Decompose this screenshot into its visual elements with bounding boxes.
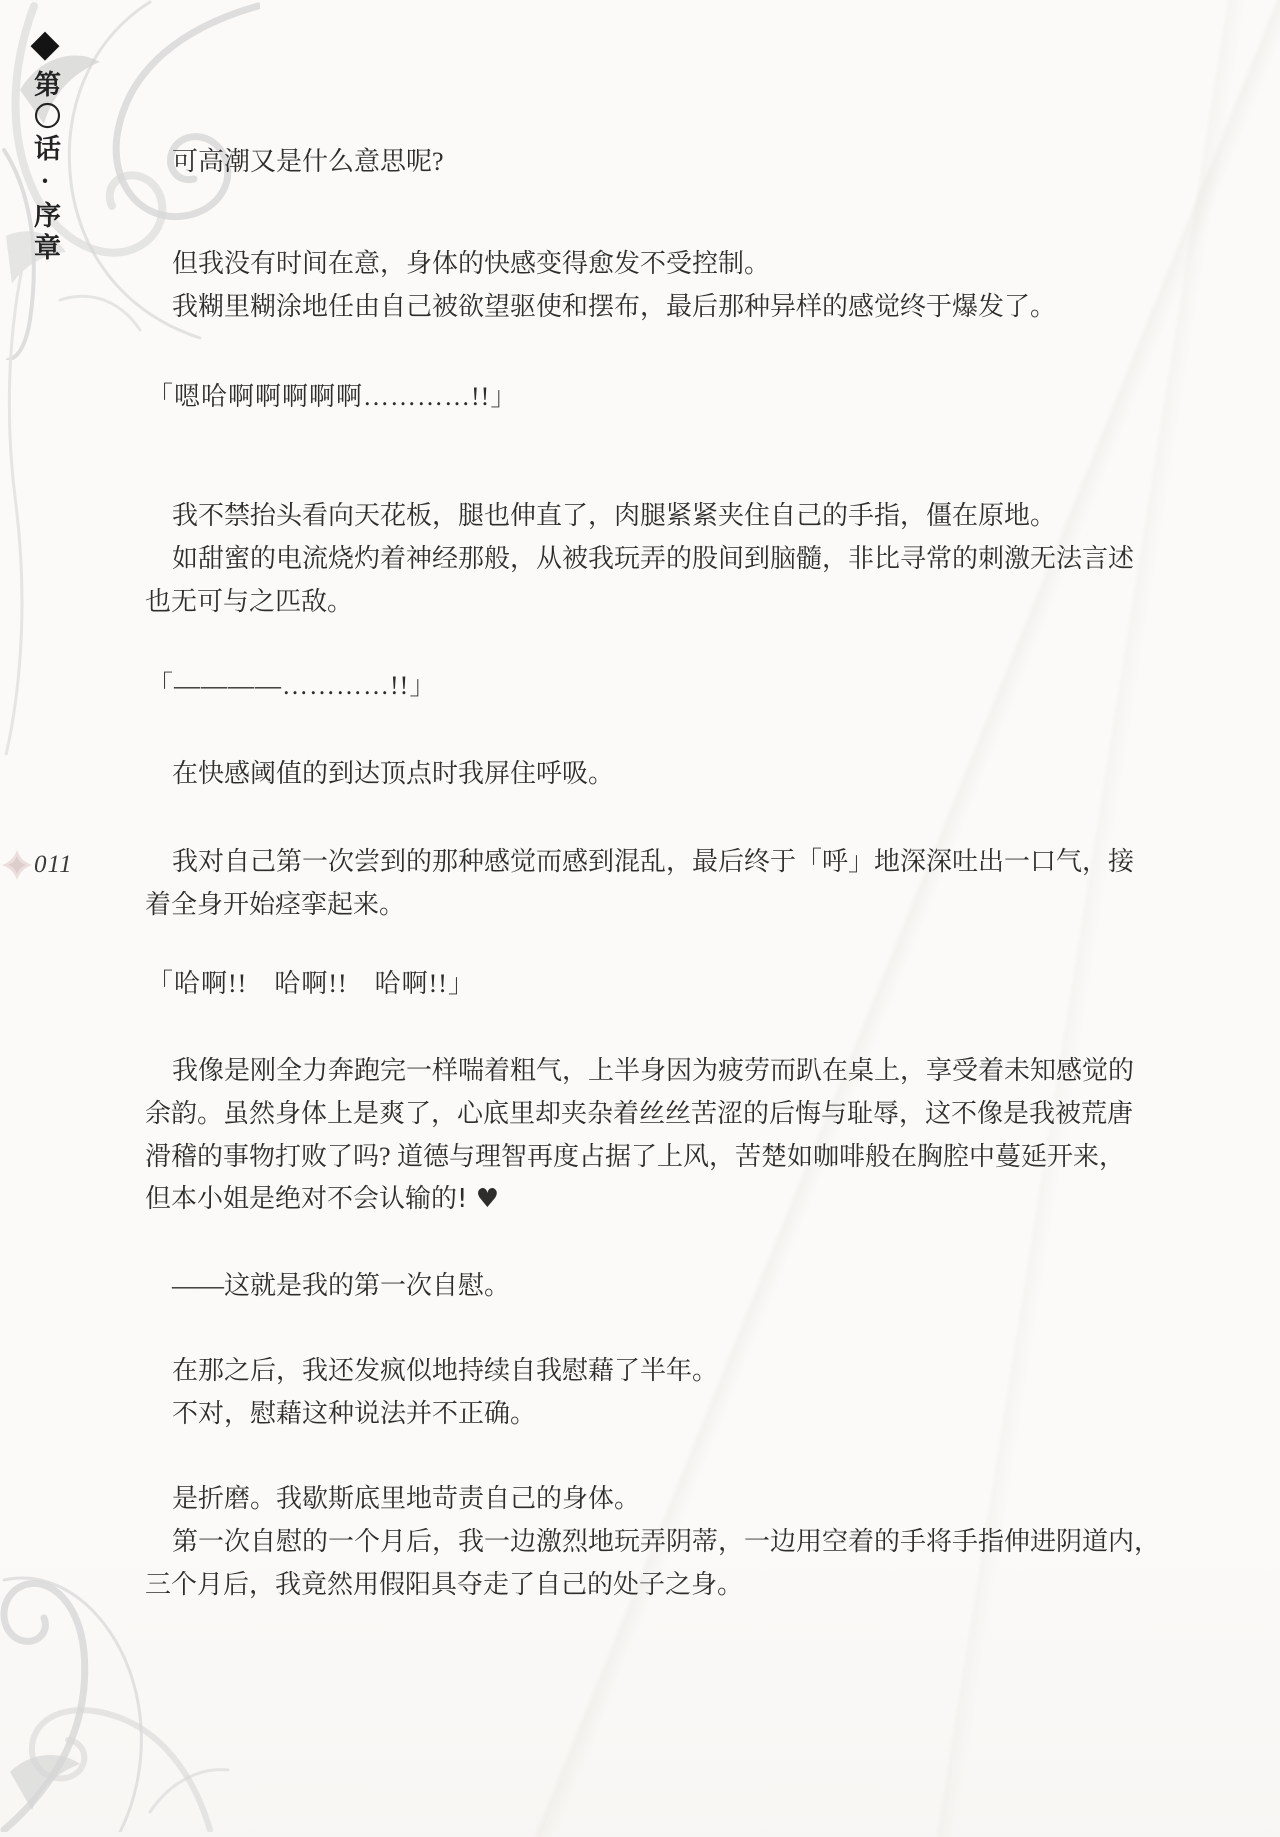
text-line: 着全身开始痉挛起来。 [145,883,1143,926]
paragraph: 在那之后，我还发疯似地持续自我慰藉了半年。 不对，慰藉这种说法并不正确。 [145,1349,1143,1435]
paragraph: 我不禁抬头看向天花板，腿也伸直了，肉腿紧紧夹住自己的手指，僵在原地。 如甜蜜的电… [145,494,1143,623]
page-number: 011 [34,851,73,879]
paragraph: 但我没有时间在意，身体的快感变得愈发不受控制。 我糊里糊涂地任由自己被欲望驱使和… [145,242,1143,328]
text-line: 第一次自慰的一个月后，我一边激烈地玩弄阴蒂，一边用空着的手将手指伸进阴道内， [145,1520,1143,1563]
text-line: 在那之后，我还发疯似地持续自我慰藉了半年。 [145,1349,1143,1392]
quote-paragraph: 「哈啊!! 哈啊!! 哈啊!!」 [145,962,1143,1005]
sparkle-ornament-icon [0,848,34,882]
text-line: 如甜蜜的电流烧灼着神经那般，从被我玩弄的股间到脑髓，非比寻常的刺激无法言述 [145,537,1143,580]
paragraph: ——这就是我的第一次自慰。 [145,1264,1143,1307]
text-line: 我对自己第一次尝到的那种感觉而感到混乱，最后终于「呼」地深深吐出一口气，接 [145,840,1143,883]
text-line: 在快感阈值的到达顶点时我屏住呼吸。 [145,752,1143,795]
text-line: 「嗯哈啊啊啊啊啊…………!!」 [145,375,1143,418]
text-line: 可高潮又是什么意思呢? [145,140,1143,183]
text-line: 是折磨。我歇斯底里地苛责自己的身体。 [145,1477,1143,1520]
text-line: 「哈啊!! 哈啊!! 哈啊!!」 [145,962,1143,1005]
chapter-title: 第〇话·序章 [22,70,68,265]
paragraph: 我像是刚全力奔跑完一样喘着粗气，上半身因为疲劳而趴在桌上，享受着未知感觉的 余韵… [145,1049,1143,1221]
chapter-marker: ◆ 第〇话·序章 [22,24,68,265]
text-line: ——这就是我的第一次自慰。 [145,1264,1143,1307]
quote-paragraph: 「嗯哈啊啊啊啊啊…………!!」 [145,375,1143,418]
paragraph: 我对自己第一次尝到的那种感觉而感到混乱，最后终于「呼」地深深吐出一口气，接 着全… [145,840,1143,926]
text-line: 余韵。虽然身体上是爽了，心底里却夹杂着丝丝苦涩的后悔与耻辱，这不像是我被荒唐 [145,1092,1143,1135]
text-line: 也无可与之匹敌。 [145,580,1143,623]
text-line: 滑稽的事物打败了吗? 道德与理智再度占据了上风，苦楚如咖啡般在胸腔中蔓延开来， [145,1135,1143,1178]
page-number-area: 011 [0,848,73,882]
page-text: 可高潮又是什么意思呢? 但我没有时间在意，身体的快感变得愈发不受控制。 我糊里糊… [145,140,1143,1606]
text-line: 三个月后，我竟然用假阳具夺走了自己的处子之身。 [145,1563,1143,1606]
paragraph: 是折磨。我歇斯底里地苛责自己的身体。 第一次自慰的一个月后，我一边激烈地玩弄阴蒂… [145,1477,1143,1606]
text-line: 「————…………!!」 [145,664,1143,707]
diamond-icon: ◆ [22,24,68,62]
text-line: 但我没有时间在意，身体的快感变得愈发不受控制。 [145,242,1143,285]
quote-paragraph: 「————…………!!」 [145,664,1143,707]
paragraph: 可高潮又是什么意思呢? [145,140,1143,183]
text-line: 我糊里糊涂地任由自己被欲望驱使和摆布，最后那种异样的感觉终于爆发了。 [145,285,1143,328]
edge-flourish-ornament [0,235,40,760]
vine-ornament-icon [0,235,40,755]
paragraph: 在快感阈值的到达顶点时我屏住呼吸。 [145,752,1143,795]
text-line: 我像是刚全力奔跑完一样喘着粗气，上半身因为疲劳而趴在桌上，享受着未知感觉的 [145,1049,1143,1092]
text-line: 不对，慰藉这种说法并不正确。 [145,1392,1143,1435]
text-line: 但本小姐是绝对不会认输的! ♥ [145,1178,1143,1221]
text-line: 我不禁抬头看向天花板，腿也伸直了，肉腿紧紧夹住自己的手指，僵在原地。 [145,494,1143,537]
